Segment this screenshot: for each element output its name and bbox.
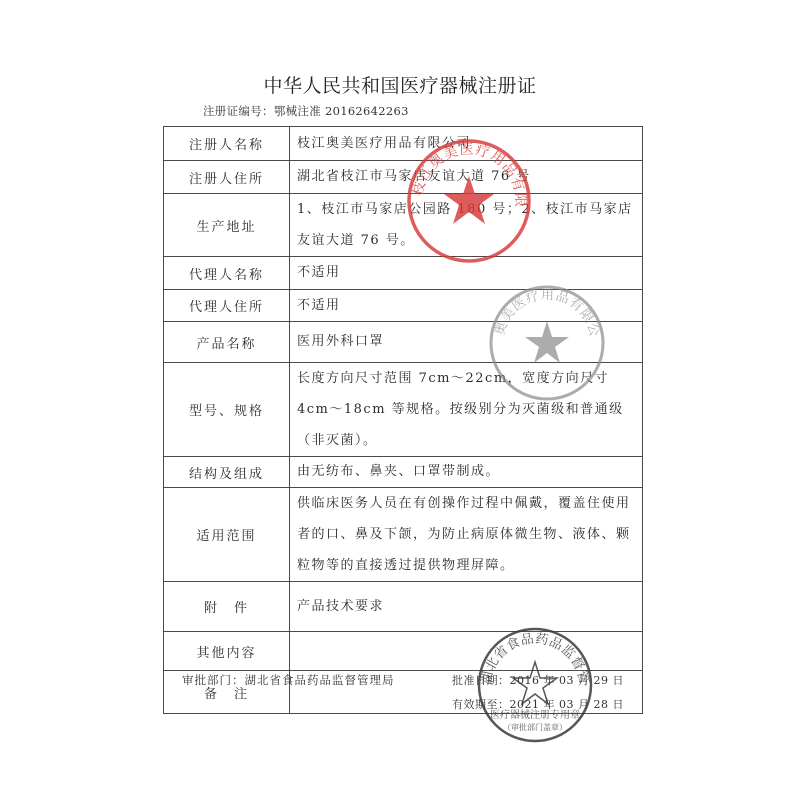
row-label: 其他内容 [164,632,290,671]
row-label: 附 件 [164,582,290,632]
row-value: 由无纺布、鼻夹、口罩带制成。 [290,457,643,488]
table-row: 适用范围 供临床医务人员在有创操作过程中佩戴，覆盖住使用者的口、鼻及下颌，为防止… [164,488,643,582]
row-label: 注册人住所 [164,161,290,194]
registration-number-label: 注册证编号： [203,104,274,118]
document-title: 中华人民共和国医疗器械注册证 [0,71,800,98]
table-row: 附 件 产品技术要求 [164,582,643,632]
row-label: 代理人住所 [164,290,290,322]
approval-department: 审批部门：湖北省食品药品监督管理局 [182,672,395,688]
svg-text:（审批部门盖章）: （审批部门盖章） [503,722,567,732]
table-row: 代理人住所 不适用 [164,290,643,322]
valid-until-date: 有效期至：2021 年 03 月 28 日 [452,696,624,712]
row-value: 医用外科口罩 [290,322,643,363]
approval-date: 批准日期：2016 年 03 月 29 日 [452,672,624,688]
row-value: 不适用 [290,290,643,322]
row-label: 注册人名称 [164,127,290,161]
row-value: 供临床医务人员在有创操作过程中佩戴，覆盖住使用者的口、鼻及下颌，为防止病原体微生… [290,488,643,582]
row-value: 1、枝江市马家店公园路 180 号；2、枝江市马家店友谊大道 76 号。 [290,194,643,257]
row-label: 适用范围 [164,488,290,582]
row-label: 生产地址 [164,194,290,257]
table-row: 结构及组成 由无纺布、鼻夹、口罩带制成。 [164,457,643,488]
row-label: 型号、规格 [164,363,290,457]
row-label: 产品名称 [164,322,290,363]
row-value: 产品技术要求 [290,582,643,632]
registration-number: 注册证编号：鄂械注准 20162642263 [203,103,409,119]
row-label: 结构及组成 [164,457,290,488]
table-row: 注册人名称 枝江奥美医疗用品有限公司 [164,127,643,161]
table-row: 代理人名称 不适用 [164,257,643,290]
table-row: 型号、规格 长度方向尺寸范围 7cm～22cm，宽度方向尺寸 4cm～18cm … [164,363,643,457]
table-row: 其他内容 [164,632,643,671]
table-row: 注册人住所 湖北省枝江市马家店友谊大道 76 号 [164,161,643,194]
row-value: 不适用 [290,257,643,290]
row-value: 枝江奥美医疗用品有限公司 [290,127,643,161]
row-value: 长度方向尺寸范围 7cm～22cm，宽度方向尺寸 4cm～18cm 等规格。按级… [290,363,643,457]
certificate-table: 注册人名称 枝江奥美医疗用品有限公司 注册人住所 湖北省枝江市马家店友谊大道 7… [163,126,643,714]
registration-number-value: 鄂械注准 20162642263 [274,104,409,118]
table-row: 生产地址 1、枝江市马家店公园路 180 号；2、枝江市马家店友谊大道 76 号… [164,194,643,257]
row-value: 湖北省枝江市马家店友谊大道 76 号 [290,161,643,194]
table-row: 产品名称 医用外科口罩 [164,322,643,363]
row-label: 代理人名称 [164,257,290,290]
row-value [290,632,643,671]
